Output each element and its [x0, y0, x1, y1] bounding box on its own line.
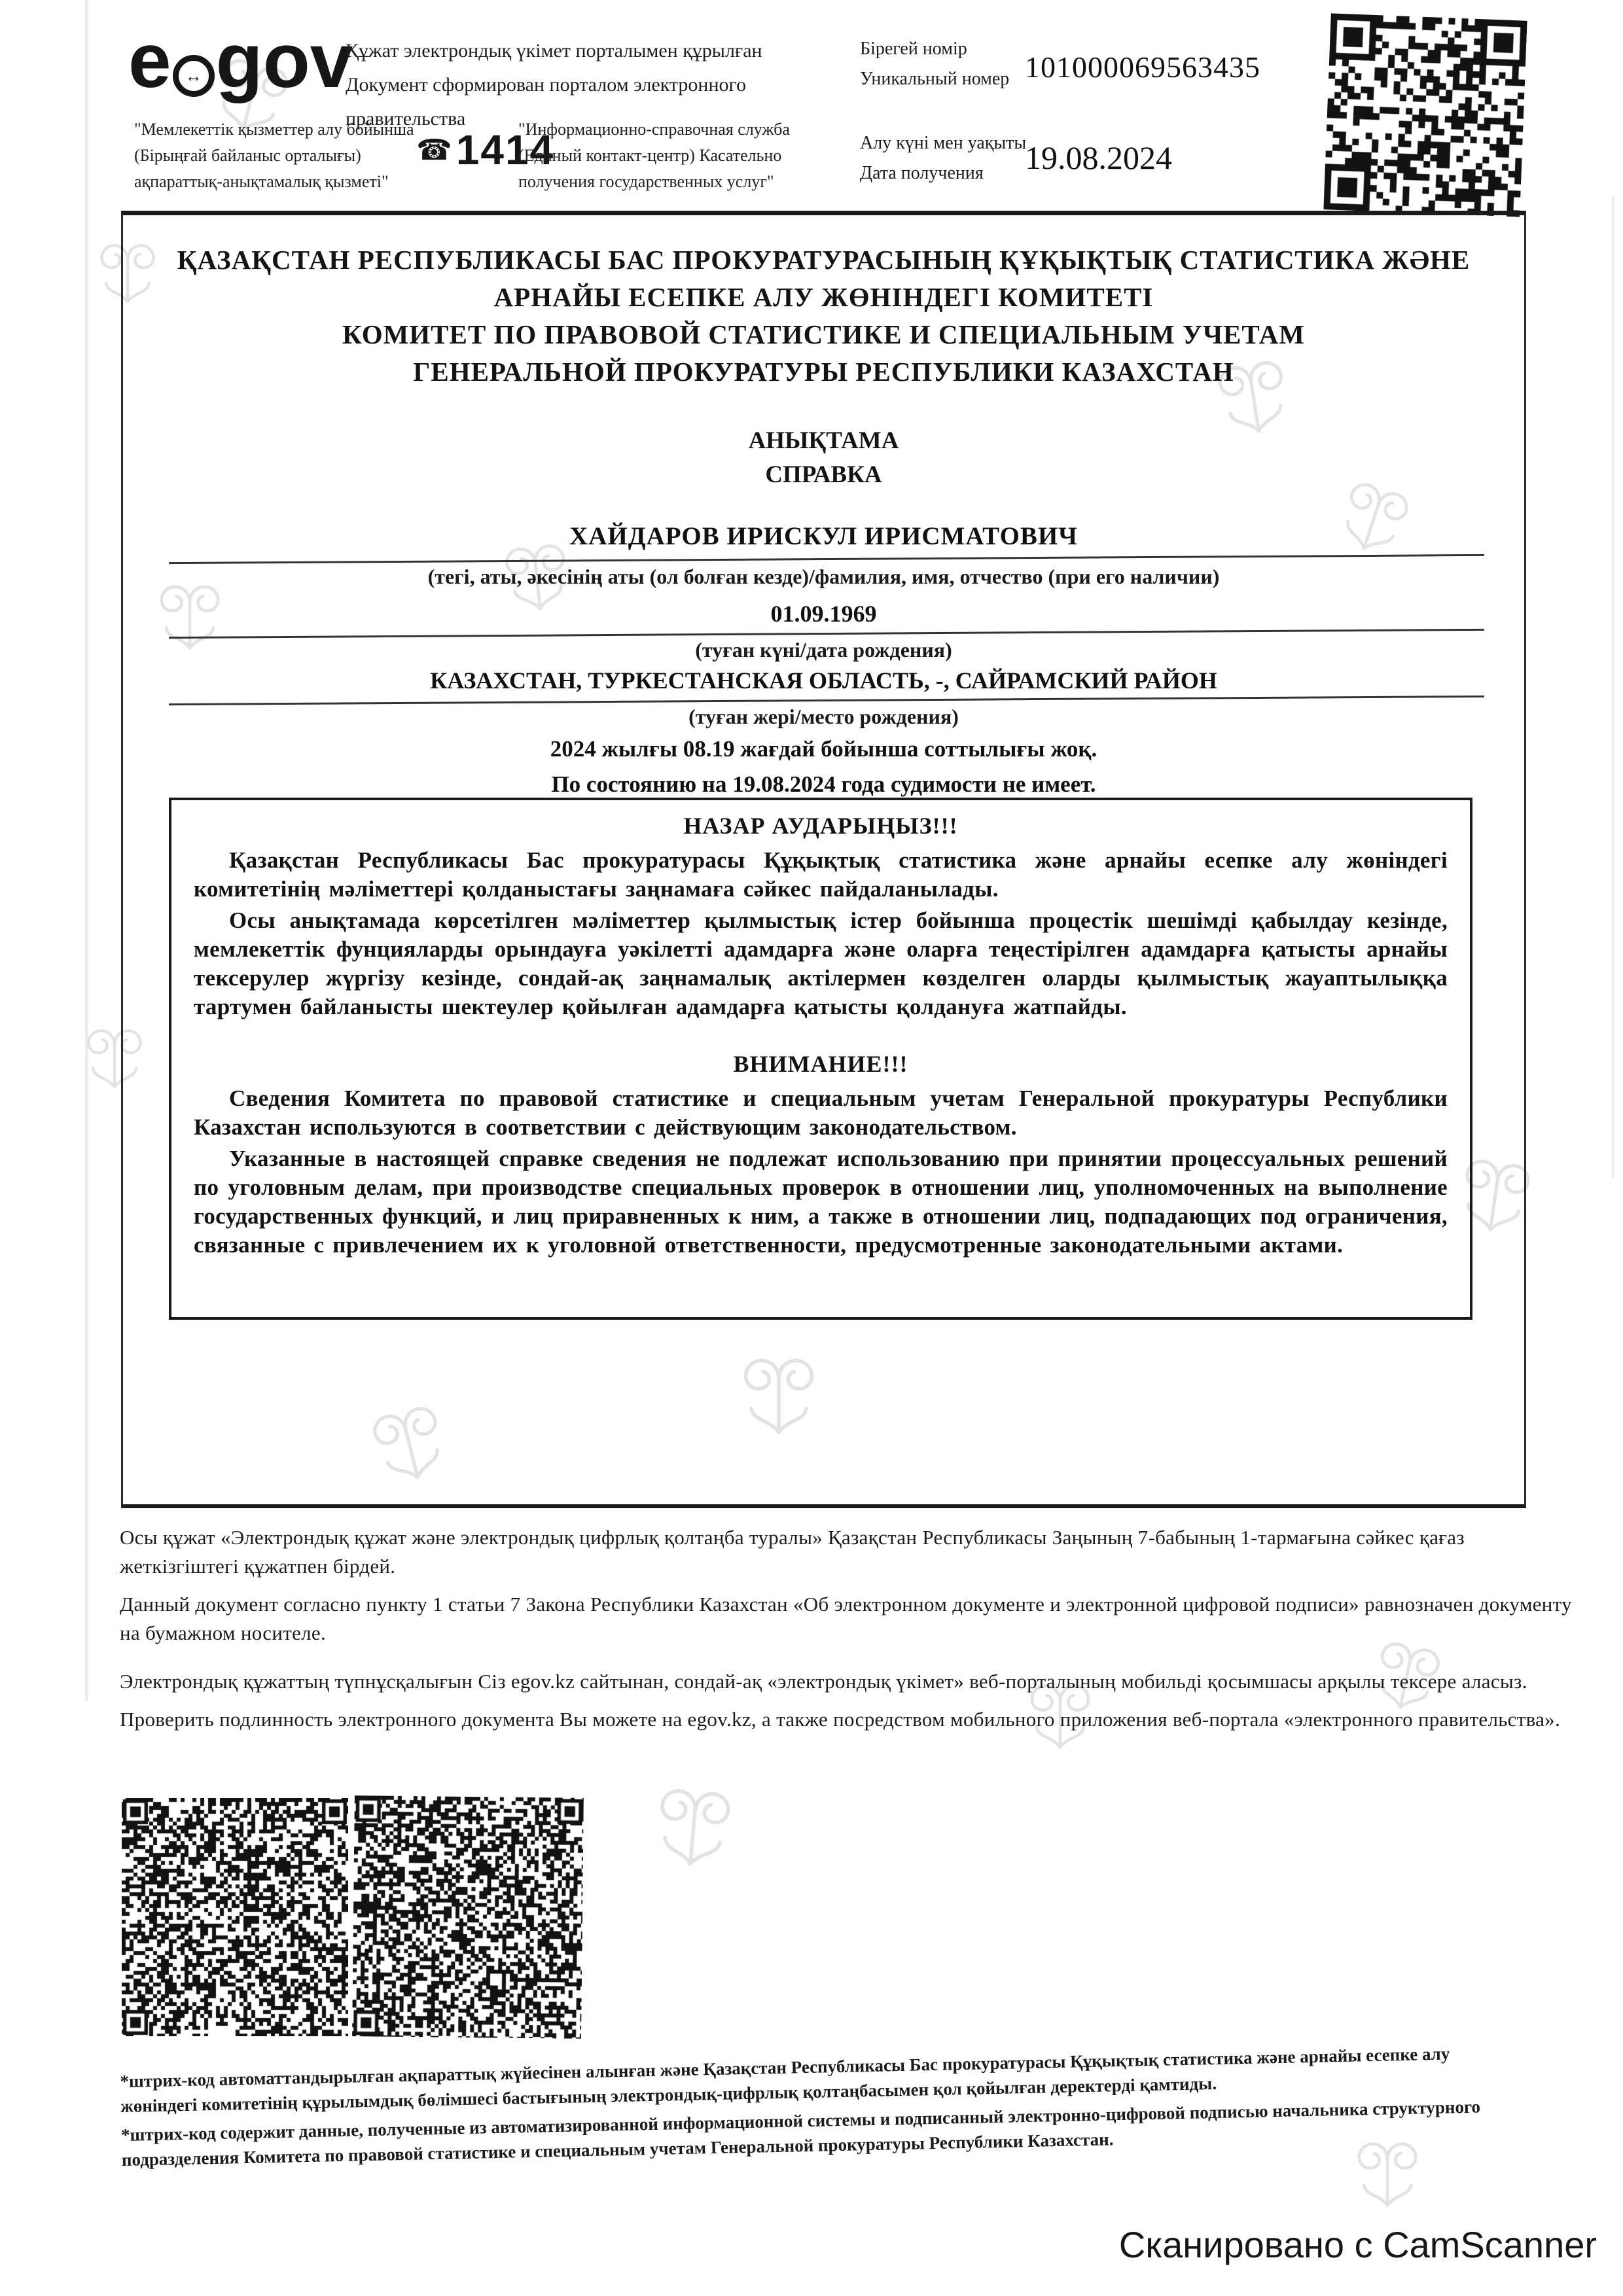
scan-edge-left — [85, 0, 88, 1701]
doc-type-ru: СПРАВКА — [123, 459, 1524, 491]
contact-center-ru: "Информационно-справочная служба (Единый… — [518, 116, 826, 195]
attention-heading-kk: НАЗАР АУДАРЫҢЫЗ!!! — [171, 812, 1470, 839]
ornament-watermark — [644, 1776, 743, 1875]
committee-title-line: АРНАЙЫ ЕСЕПКЕ АЛУ ЖӨНІНДЕГІ КОМИТЕТІ — [123, 279, 1524, 316]
unique-number-value: 101000069563435 — [1025, 50, 1260, 84]
phone-icon: ☎ — [416, 133, 452, 167]
egov-logo: e ↔ gov — [128, 22, 353, 99]
received-date-value: 19.08.2024 — [1025, 139, 1172, 177]
conclusion-ru: По состоянию на 19.08.2024 года судимост… — [123, 771, 1524, 798]
birth-place-value: КАЗАХСТАН, ТУРКЕСТАНСКАЯ ОБЛАСТЬ, -, САЙ… — [123, 667, 1524, 694]
scan-edge-right — [1612, 196, 1614, 1178]
rule-under-birth-place — [169, 696, 1484, 705]
barcode-right — [352, 1795, 584, 2039]
legal-verify-kk: Электрондық құжаттың түпнұсқалығын Сіз e… — [120, 1667, 1579, 1696]
egov-logo-e: e — [128, 22, 171, 99]
committee-title-line: ГЕНЕРАЛЬНОЙ ПРОКУРАТУРЫ РЕСПУБЛИКИ КАЗАХ… — [123, 353, 1524, 391]
qr-code — [1323, 13, 1527, 217]
contact-center-kk: "Мемлекеттік қызметтер алу бойынша (Біры… — [134, 116, 416, 195]
portal-created-kk: Құжат электрондық үкімет порталымен құры… — [346, 34, 863, 68]
attention-heading-ru: ВНИМАНИЕ!!! — [171, 1050, 1470, 1078]
barcode-left — [122, 1798, 348, 2036]
birth-date-caption: (туған күні/дата рождения) — [123, 638, 1524, 662]
rule-under-name — [169, 554, 1484, 564]
egov-logo-arrows-icon: ↔ — [173, 55, 215, 97]
doc-type-kk: АНЫҚТАМА — [123, 425, 1524, 457]
attention-box: НАЗАР АУДАРЫҢЫЗ!!! Қазақстан Республикас… — [169, 798, 1472, 1320]
conclusion-kk: 2024 жылғы 08.19 жағдай бойынша соттылығ… — [123, 736, 1524, 762]
received-date-label-ru: Дата получения — [860, 158, 1026, 188]
unique-number-label-kk: Бірегей номір — [860, 34, 1009, 64]
attention-para-kk-1: Қазақстан Республикасы Бас прокуратурасы… — [171, 846, 1470, 904]
legal-notes: Осы құжат «Электрондық құжат және электр… — [120, 1523, 1579, 1743]
attention-para-kk-2: Осы анықтамада көрсетілген мәліметтер қы… — [171, 906, 1470, 1021]
birth-place-caption: (туған жері/место рождения) — [123, 705, 1524, 729]
legal-equivalence-kk: Осы құжат «Электрондық құжат және электр… — [120, 1523, 1579, 1581]
legal-verify-ru: Проверить подлинность электронного докум… — [120, 1705, 1579, 1734]
attention-para-ru-2: Указанные в настоящей справке сведения н… — [171, 1144, 1470, 1260]
scanned-document-page: { "header": { "logo": { "part_e": "e", "… — [0, 0, 1623, 2296]
egov-logo-gov: gov — [216, 22, 353, 99]
birth-date-value: 01.09.1969 — [123, 600, 1524, 627]
unique-number-labels: Бірегей номір Уникальный номер — [860, 34, 1009, 94]
received-date-labels: Алу күні мен уақыты Дата получения — [860, 128, 1026, 188]
legal-equivalence-ru: Данный документ согласно пункту 1 статьи… — [120, 1590, 1579, 1648]
received-date-label-kk: Алу күні мен уақыты — [860, 128, 1026, 158]
certificate-frame: ҚАЗАҚСТАН РЕСПУБЛИКАСЫ БАС ПРОКУРАТУРАСЫ… — [121, 211, 1526, 1508]
committee-title-line: КОМИТЕТ ПО ПРАВОВОЙ СТАТИСТИКЕ И СПЕЦИАЛ… — [123, 316, 1524, 353]
committee-title-line: ҚАЗАҚСТАН РЕСПУБЛИКАСЫ БАС ПРОКУРАТУРАСЫ… — [123, 241, 1524, 279]
unique-number-label-ru: Уникальный номер — [860, 64, 1009, 94]
full-name-caption: (тегі, аты, әкесінің аты (ол болған кезд… — [123, 565, 1524, 589]
barcode-footnotes: *штрих-код автоматтандырылған ақпараттық… — [120, 2040, 1525, 2176]
rule-under-birth-date — [169, 629, 1484, 639]
camscanner-credit: Сканировано с CamScanner — [1119, 2223, 1597, 2266]
attention-para-ru-1: Сведения Комитета по правовой статистике… — [171, 1084, 1470, 1142]
committee-title: ҚАЗАҚСТАН РЕСПУБЛИКАСЫ БАС ПРОКУРАТУРАСЫ… — [123, 241, 1524, 391]
person-full-name: ХАЙДАРОВ ИРИСКУЛ ИРИСМАТОВИЧ — [123, 521, 1524, 551]
